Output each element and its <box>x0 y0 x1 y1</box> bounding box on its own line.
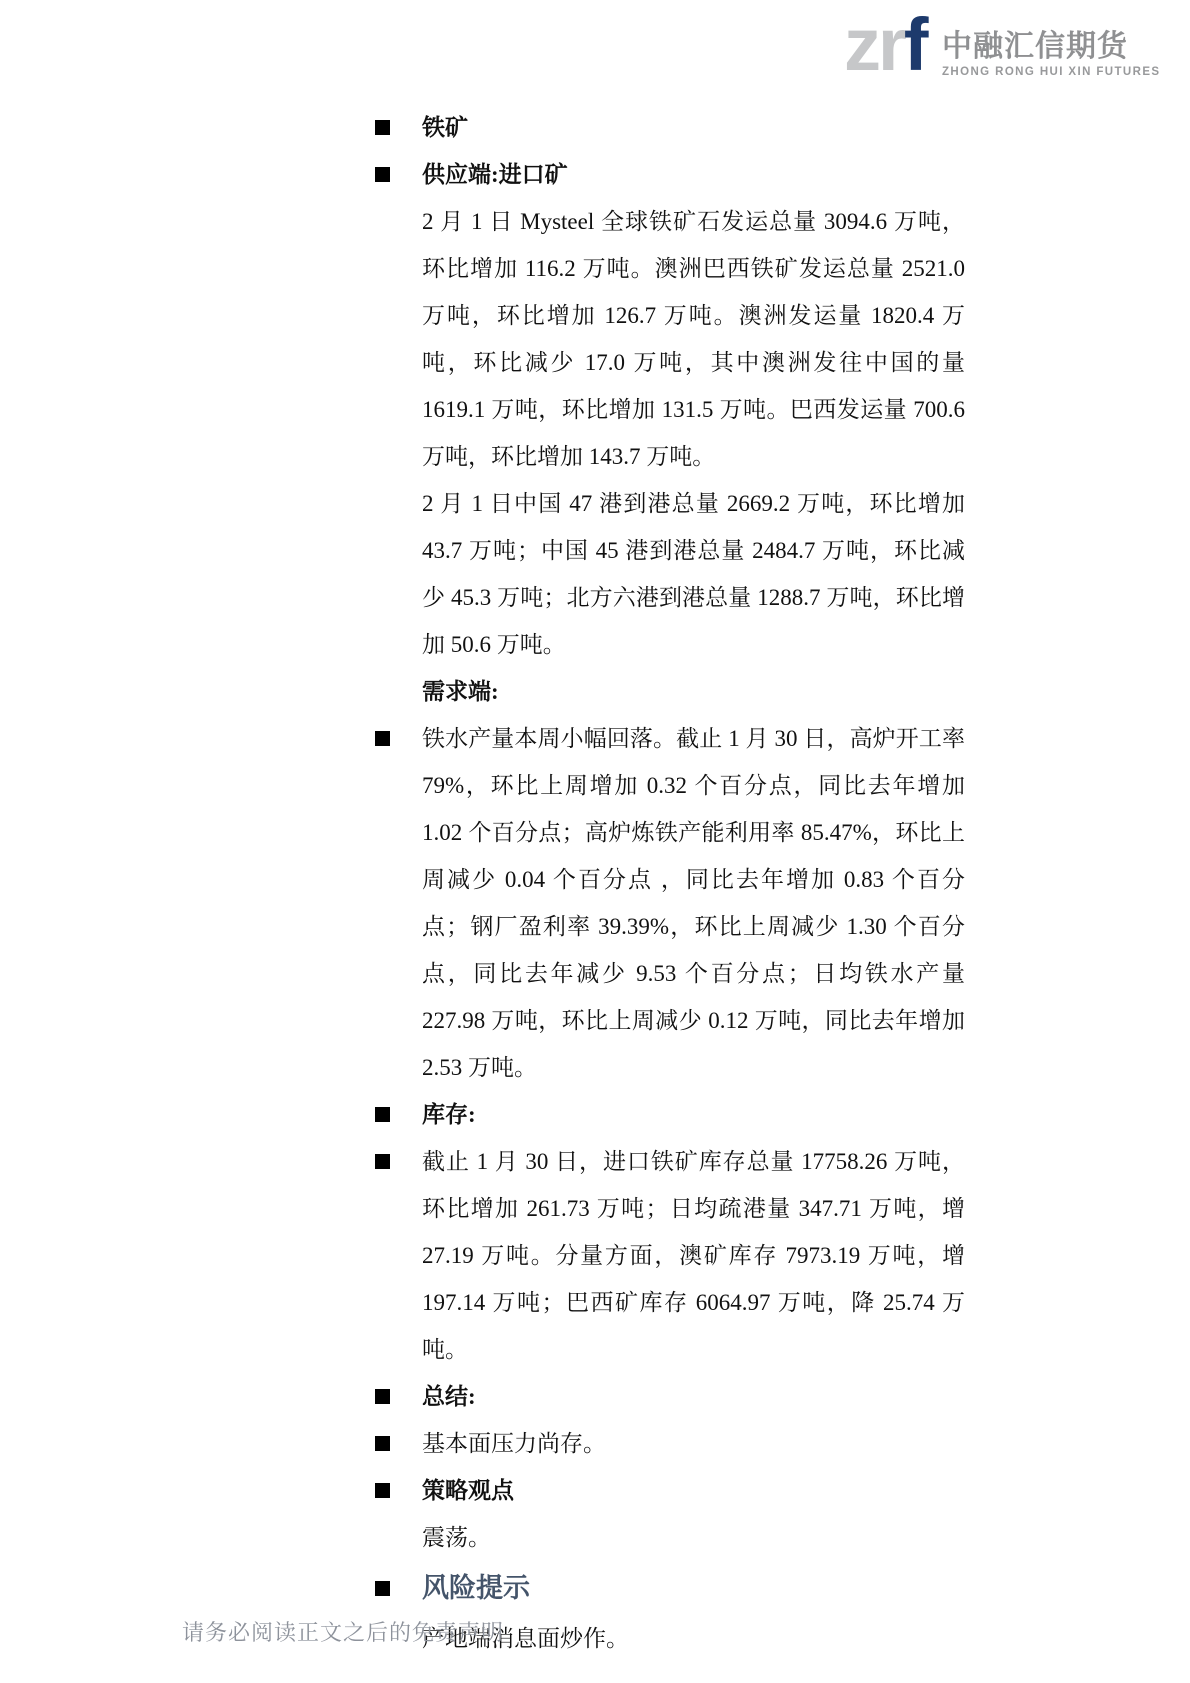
report-body: 铁矿供应端:进口矿2 月 1 日 Mysteel 全球铁矿石发运总量 3094.… <box>422 104 965 1662</box>
list-item: 需求端: <box>422 668 965 715</box>
list-item-text: 2 月 1 日 Mysteel 全球铁矿石发运总量 3094.6 万吨，环比增加… <box>422 209 965 469</box>
bullet-square-icon <box>375 1436 390 1451</box>
list-item: 截止 1 月 30 日，进口铁矿库存总量 17758.26 万吨，环比增加 26… <box>422 1138 965 1373</box>
list-item: 供应端:进口矿 <box>422 151 965 198</box>
logo-zrf-mark: zrf <box>844 8 925 82</box>
list-item-text: 震荡。 <box>422 1525 491 1550</box>
list-item-text: 铁矿 <box>422 115 468 140</box>
list-item: 2 月 1 日 Mysteel 全球铁矿石发运总量 3094.6 万吨，环比增加… <box>422 198 965 480</box>
list-item: 基本面压力尚存。 <box>422 1420 965 1467</box>
list-item: 铁水产量本周小幅回落。截止 1 月 30 日，高炉开工率 79%，环比上周增加 … <box>422 715 965 1091</box>
list-item: 风险提示 <box>422 1561 965 1615</box>
list-item-text: 基本面压力尚存。 <box>422 1431 606 1456</box>
list-item-text: 截止 1 月 30 日，进口铁矿库存总量 17758.26 万吨，环比增加 26… <box>422 1149 965 1362</box>
logo-f-letter: f <box>904 3 926 86</box>
logo-zr-letters: zr <box>844 3 904 86</box>
list-item: 2 月 1 日中国 47 港到港总量 2669.2 万吨，环比增加 43.7 万… <box>422 480 965 668</box>
bullet-square-icon <box>375 167 390 182</box>
bullet-square-icon <box>375 1154 390 1169</box>
list-item: 铁矿 <box>422 104 965 151</box>
bullet-square-icon <box>375 1107 390 1122</box>
bullet-square-icon <box>375 731 390 746</box>
list-item-text: 库存: <box>422 1102 476 1127</box>
company-name-cn: 中融汇信期货 <box>942 32 1161 62</box>
company-logo: zrf 中融汇信期货 ZHONG RONG HUI XIN FUTURES <box>844 22 1112 94</box>
list-item-text: 需求端: <box>422 679 499 704</box>
list-item: 总结: <box>422 1373 965 1420</box>
bullet-square-icon <box>375 1581 390 1596</box>
list-item: 震荡。 <box>422 1514 965 1561</box>
list-item-text: 2 月 1 日中国 47 港到港总量 2669.2 万吨，环比增加 43.7 万… <box>422 491 965 657</box>
bullet-square-icon <box>375 1389 390 1404</box>
list-item: 库存: <box>422 1091 965 1138</box>
list-item-text: 铁水产量本周小幅回落。截止 1 月 30 日，高炉开工率 79%，环比上周增加 … <box>422 726 965 1080</box>
list-item-text: 风险提示 <box>422 1573 530 1603</box>
report-page: zrf 中融汇信期货 ZHONG RONG HUI XIN FUTURES 铁矿… <box>0 0 1190 1683</box>
bullet-square-icon <box>375 1483 390 1498</box>
list-item-text: 总结: <box>422 1384 476 1409</box>
bullet-square-icon <box>375 120 390 135</box>
logo-names: 中融汇信期货 ZHONG RONG HUI XIN FUTURES <box>942 32 1161 79</box>
list-item-text: 供应端:进口矿 <box>422 162 568 187</box>
company-name-en: ZHONG RONG HUI XIN FUTURES <box>942 67 1161 79</box>
footer-disclaimer: 请务必阅读正文之后的免责声明 <box>182 1618 504 1648</box>
list-item: 策略观点 <box>422 1467 965 1514</box>
list-item-text: 策略观点 <box>422 1478 514 1503</box>
